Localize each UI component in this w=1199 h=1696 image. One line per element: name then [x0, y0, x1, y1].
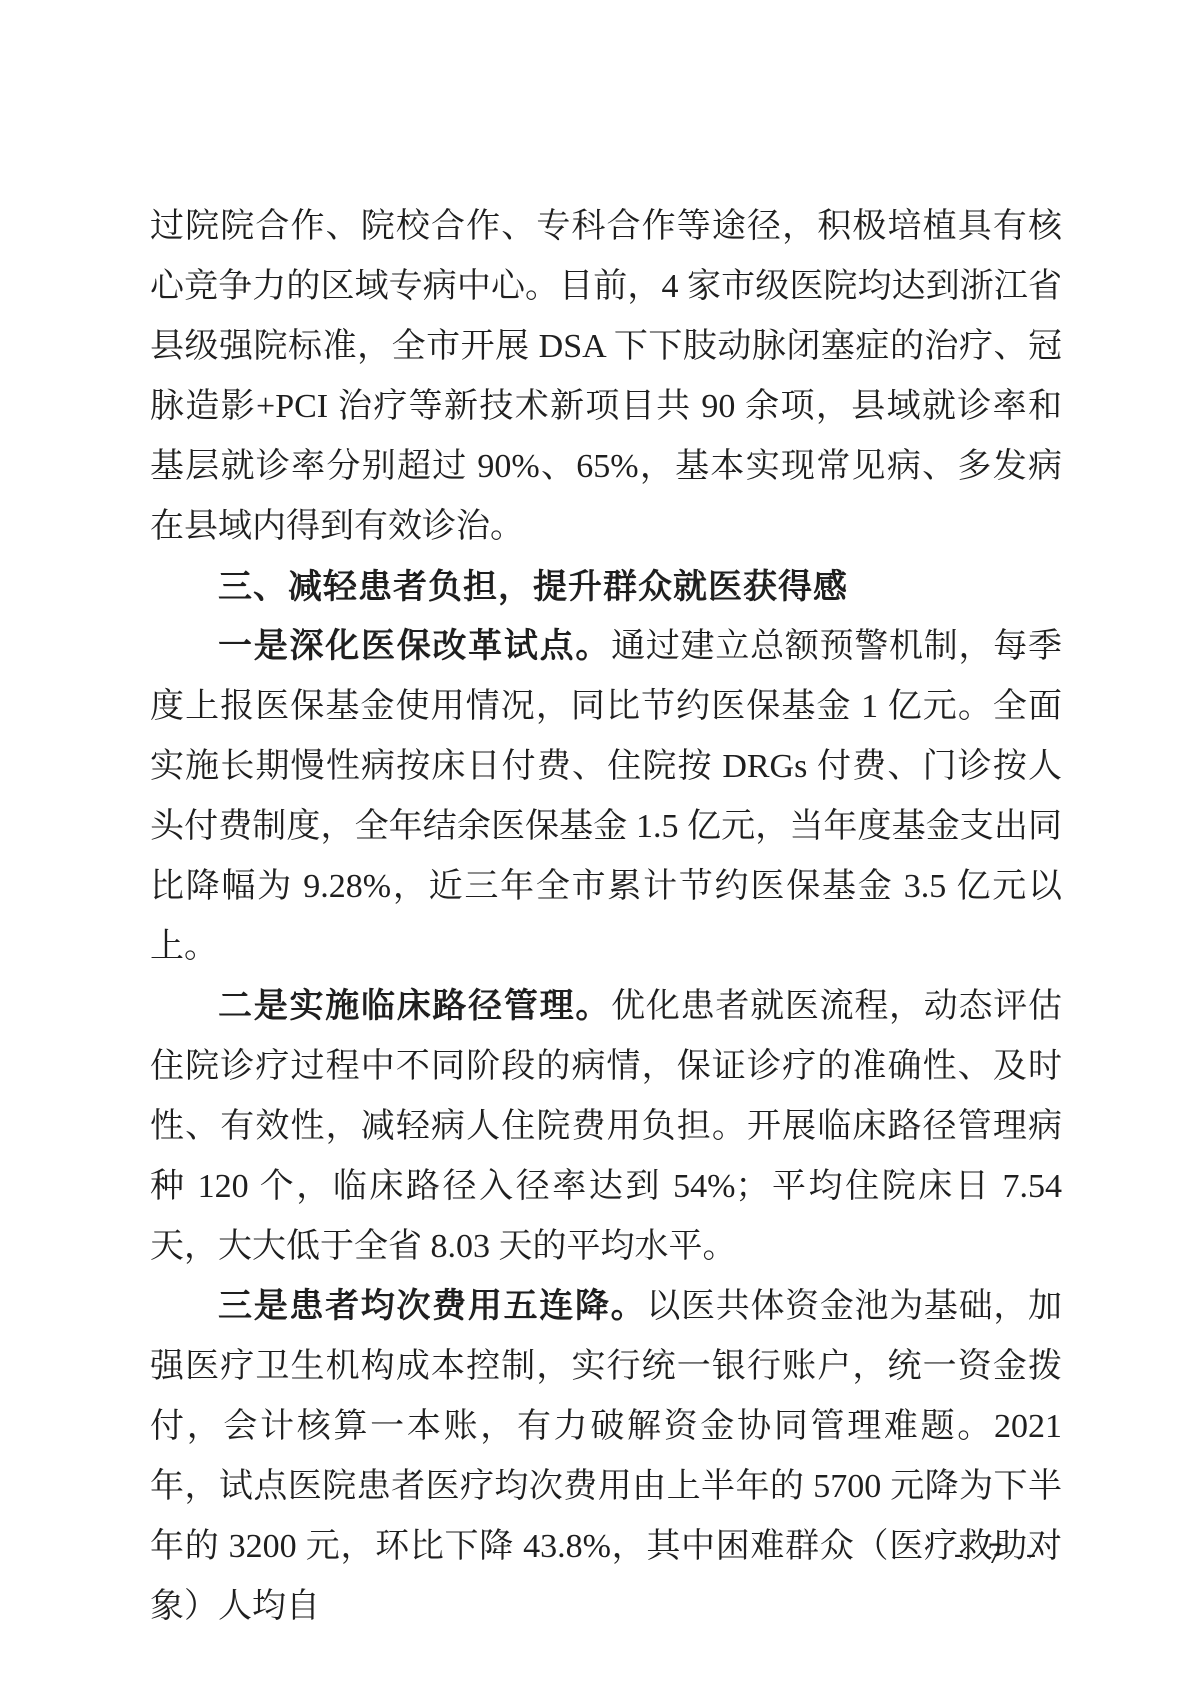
- measure-1-text: 通过建立总额预警机制，每季度上报医保基金使用情况，同比节约医保基金 1 亿元。全…: [150, 628, 1062, 965]
- measure-2-lead: 二是实施临床路径管理。: [218, 988, 611, 1025]
- page-number: - 7 -: [954, 1534, 1044, 1574]
- document-page: 过院院合作、院校合作、专科合作等途径，积极培植具有核心竞争力的区域专病中心。目前…: [0, 0, 1199, 1696]
- section-heading: 三、减轻患者负担，提升群众就医获得感: [150, 557, 1062, 617]
- measure-1-lead: 一是深化医保改革试点。: [218, 628, 611, 665]
- measure-3-lead: 三是患者均次费用五连降。: [218, 1288, 646, 1325]
- measure-3-text: 以医共体资金池为基础，加强医疗卫生机构成本控制，实行统一银行账户，统一资金拨付，…: [150, 1288, 1062, 1625]
- paragraph-measure-3: 三是患者均次费用五连降。以医共体资金池为基础，加强医疗卫生机构成本控制，实行统一…: [150, 1277, 1062, 1637]
- paragraph-measure-1: 一是深化医保改革试点。通过建立总额预警机制，每季度上报医保基金使用情况，同比节约…: [150, 617, 1062, 977]
- paragraph-measure-2: 二是实施临床路径管理。优化患者就医流程，动态评估住院诊疗过程中不同阶段的病情，保…: [150, 977, 1062, 1277]
- measure-2-text: 优化患者就医流程，动态评估住院诊疗过程中不同阶段的病情，保证诊疗的准确性、及时性…: [150, 988, 1062, 1265]
- document-body: 过院院合作、院校合作、专科合作等途径，积极培植具有核心竞争力的区域专病中心。目前…: [150, 197, 1062, 1637]
- paragraph-continuation: 过院院合作、院校合作、专科合作等途径，积极培植具有核心竞争力的区域专病中心。目前…: [150, 197, 1062, 557]
